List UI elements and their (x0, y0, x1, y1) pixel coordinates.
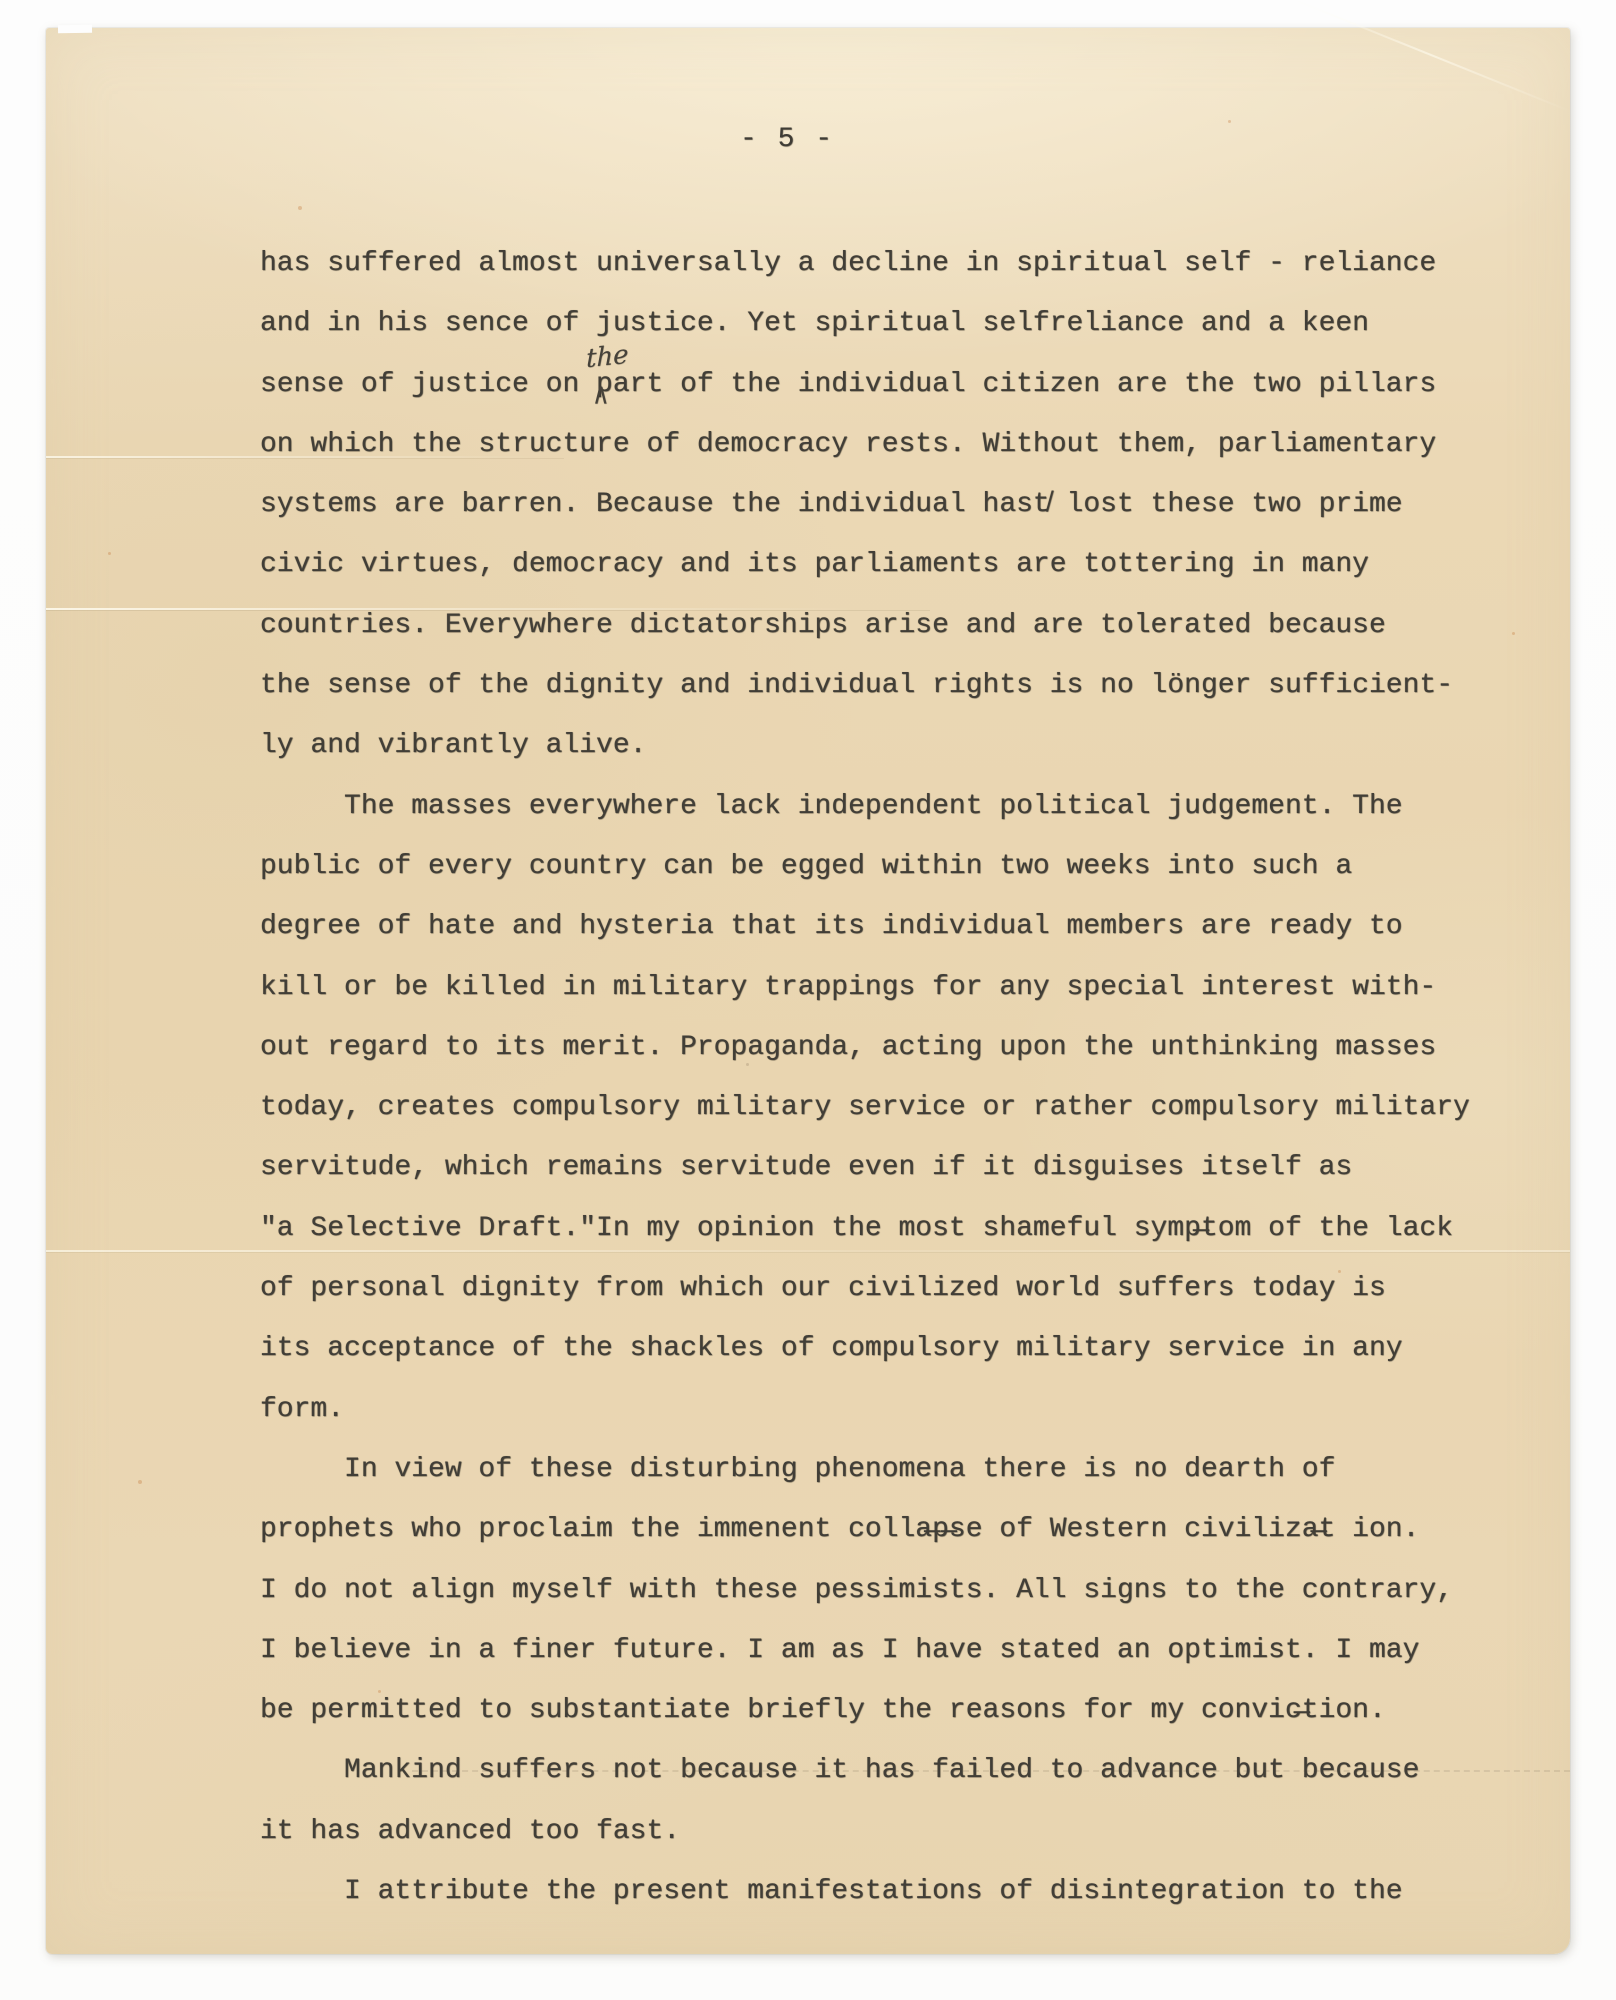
typed-line: Mankind suffers not because it has faile… (260, 1741, 1540, 1801)
typed-line: the sense of the dignity and individual … (260, 656, 1540, 716)
typed-line: it has advanced too fast. (260, 1802, 1540, 1862)
fold-crease (1292, 0, 1571, 112)
typed-line: In view of these disturbing phenomena th… (260, 1440, 1540, 1500)
typed-line: has suffered almost universally a declin… (260, 234, 1540, 294)
page-number: - 5 - (712, 124, 862, 155)
typed-line: be permitted to substantiate briefly the… (260, 1681, 1540, 1741)
typed-line: public of every country can be egged wit… (260, 837, 1540, 897)
typed-line: systems are barren. Because the individu… (260, 475, 1540, 535)
typed-line: I attribute the present manifestations o… (260, 1862, 1540, 1922)
document-photo: - 5 - has suffered almost universally a … (0, 0, 1616, 2000)
typed-line: form. (260, 1380, 1540, 1440)
typed-line: countries. Everywhere dictatorships aris… (260, 596, 1540, 656)
typed-lines: has suffered almost universally a declin… (260, 234, 1540, 1922)
handwritten-insertion-text: the (586, 340, 628, 375)
paper-speck (108, 552, 111, 555)
typed-line: kill or be killed in military trappings … (260, 958, 1540, 1018)
typed-line: I believe in a finer future. I am as I h… (260, 1621, 1540, 1681)
typed-line: today, creates compulsory military servi… (260, 1078, 1540, 1138)
typed-line: on which the structure of democracy rest… (260, 415, 1540, 475)
paper-sheet: - 5 - has suffered almost universally a … (46, 28, 1570, 1954)
paper-speck (138, 1480, 142, 1484)
paper-edge-notch (58, 25, 92, 34)
typed-line: The masses everywhere lack independent p… (260, 777, 1540, 837)
typed-line: sense of justice on part of the individu… (260, 355, 1540, 415)
typed-line: out regard to its merit. Propaganda, act… (260, 1018, 1540, 1078)
typed-line: ly and vibrantly alive. (260, 716, 1540, 776)
typed-line: degree of hate and hysteria that its ind… (260, 897, 1540, 957)
paper-speck (298, 206, 302, 210)
typed-line: civic virtues, democracy and its parliam… (260, 535, 1540, 595)
typed-line: prophets who proclaim the immenent colla… (260, 1500, 1540, 1560)
insertion-caret-mark: ∧ (592, 377, 610, 411)
typed-line: "a Selective Draft."In my opinion the mo… (260, 1199, 1540, 1259)
typed-line: its acceptance of the shackles of compul… (260, 1319, 1540, 1379)
typed-line: of personal dignity from which our civil… (260, 1259, 1540, 1319)
paper-speck (1228, 120, 1231, 123)
typed-line: servitude, which remains servitude even … (260, 1138, 1540, 1198)
typed-line: and in his sence of justice. Yet spiritu… (260, 294, 1540, 354)
typed-line: I do not align myself with these pessimi… (260, 1561, 1540, 1621)
